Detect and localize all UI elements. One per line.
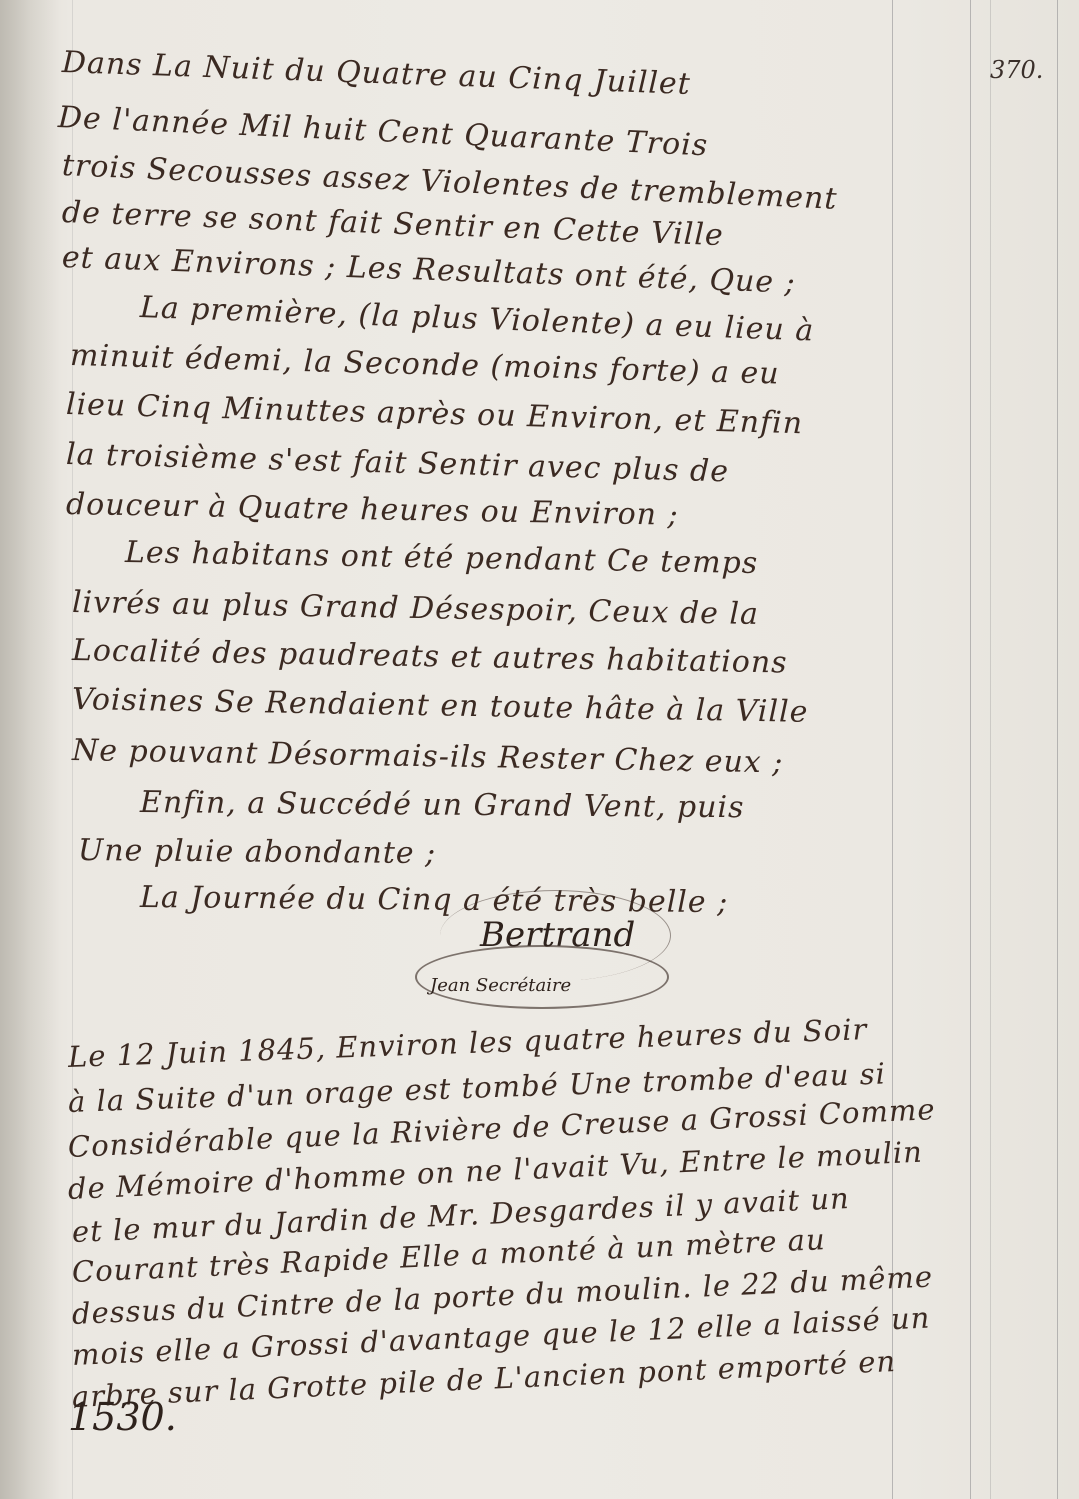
manuscript-page: 370. Dans La Nuit du Quatre au Cinq Juil… <box>0 0 1079 1499</box>
handwritten-line: Dans La Nuit du Quatre au Cinq Juillet <box>61 45 691 102</box>
ruled-line <box>970 0 971 1499</box>
handwritten-line: Les habitans ont été pendant Ce temps <box>125 535 759 581</box>
page-binding-shadow <box>0 0 60 1499</box>
signature-subtitle: Jean Secrétaire <box>430 975 571 996</box>
handwritten-line: Une pluie abondante ; <box>78 833 437 871</box>
ruled-line <box>1057 0 1058 1499</box>
page-number: 370. <box>990 56 1043 84</box>
handwritten-line: Ne pouvant Désormais-ils Rester Chez eux… <box>72 733 784 780</box>
handwritten-line: la troisième s'est fait Sentir avec plus… <box>66 437 730 489</box>
handwritten-line: Voisines Se Rendaient en toute hâte à la… <box>72 682 809 730</box>
handwritten-line: livrés au plus Grand Désespoir, Ceux de … <box>72 585 760 632</box>
ruled-line <box>990 0 991 1499</box>
handwritten-line: La première, (la plus Violente) a eu lie… <box>139 290 814 349</box>
handwritten-line: douceur à Quatre heures ou Environ ; <box>66 487 679 533</box>
handwritten-line: lieu Cinq Minuttes après ou Environ, et … <box>66 387 804 441</box>
closing-number: 1530. <box>68 1395 177 1439</box>
handwritten-line: Localité des paudreats et autres habitat… <box>72 633 788 680</box>
handwritten-line: minuit édemi, la Seconde (moins forte) a… <box>70 338 780 392</box>
handwritten-line: Enfin, a Succédé un Grand Vent, puis <box>140 785 745 825</box>
